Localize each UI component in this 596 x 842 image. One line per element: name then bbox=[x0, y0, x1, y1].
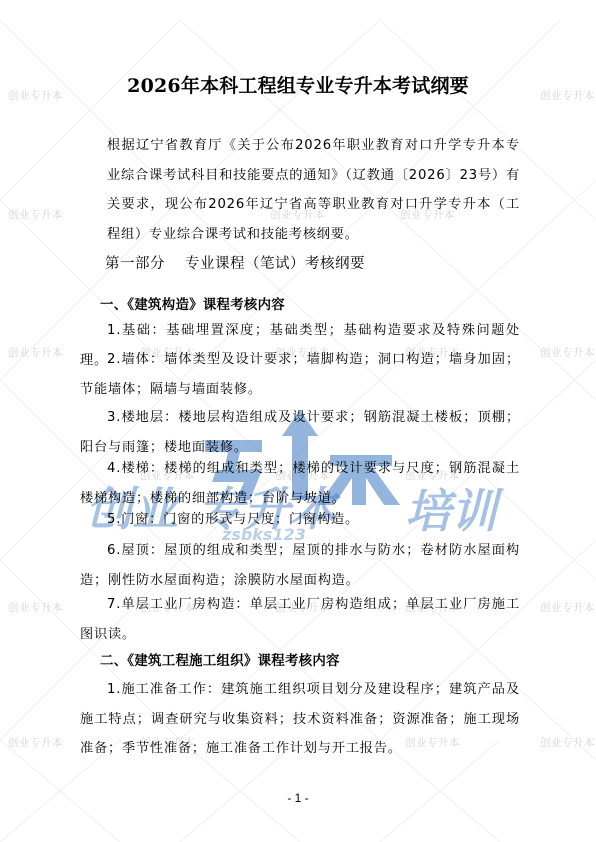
part-title: 专业课程（笔试）考核纲要 bbox=[185, 256, 365, 272]
section-heading: 二、《建筑工程施工组织》课程考核内容 bbox=[100, 650, 340, 669]
intro-paragraph: 根据辽宁省教育厅《关于公布2026年职业教育对口升学专升本专业综合课考试科目和技… bbox=[80, 131, 520, 249]
list-item: 1.施工准备工作：建筑施工组织项目划分及建设程序；建筑产品及施工特点；调查研究与… bbox=[80, 675, 520, 764]
intro-text: 根据辽宁省教育厅《关于公布2026年职业教育对口升学专升本专业综合课考试科目和技… bbox=[80, 131, 520, 249]
section-heading: 一、《建筑构造》课程考核内容 bbox=[100, 294, 285, 313]
watermark-text: 创业专升本 bbox=[8, 345, 63, 360]
watermark-text: 创业专升本 bbox=[540, 735, 595, 750]
watermark-text: 创业专升本 bbox=[8, 600, 63, 615]
watermark-text: 创业专升本 bbox=[540, 600, 595, 615]
list-item: 2.墙体：墙体类型及设计要求；墙脚构造；洞口构造；墙身加固；节能墙体；隔墙与墙面… bbox=[80, 345, 520, 404]
watermark-text: 创业专升本 bbox=[8, 207, 63, 222]
page-number: - 1 - bbox=[0, 791, 596, 805]
part-label: 第一部分 bbox=[105, 256, 165, 272]
document-page: 创业专升本 创业专升本 创业专升本 创业专升本 创业专升本 创业专升本 创业专升… bbox=[0, 0, 596, 842]
watermark-text: 创业专升本 bbox=[8, 735, 63, 750]
watermark-text: 创业专升本 bbox=[540, 345, 595, 360]
list-item: 7.单层工业厂房构造：单层工业厂房构造组成；单层工业厂房施工图识读。 bbox=[80, 590, 520, 649]
part-heading: 第一部分专业课程（笔试）考核纲要 bbox=[105, 252, 365, 273]
list-item: 5.门窗：门窗的形式与尺度；门窗构造。 bbox=[80, 505, 520, 535]
list-item: 6.屋顶：屋顶的组成和类型；屋顶的排水与防水；卷材防水屋面构造；刚性防水屋面构造… bbox=[80, 536, 520, 595]
document-title: 2026年本科工程组专业专升本考试纲要 bbox=[0, 71, 596, 98]
